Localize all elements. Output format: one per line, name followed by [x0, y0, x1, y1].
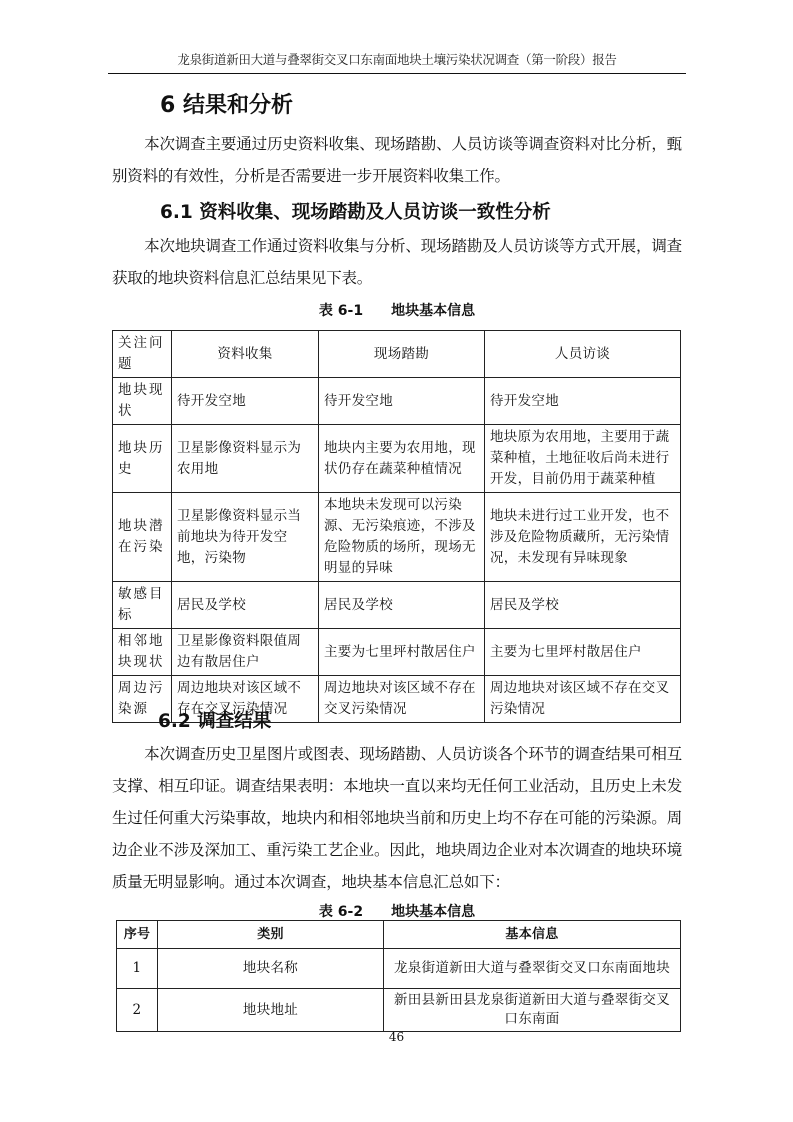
section-6-2-heading: 6.2 调查结果: [158, 707, 271, 733]
table-row: 敏感目标 居民及学校 居民及学校 居民及学校: [113, 582, 681, 629]
table-header-row: 序号 类别 基本信息: [117, 921, 681, 949]
header-rule: [108, 73, 686, 74]
section-6-heading: 6 结果和分析: [160, 88, 293, 119]
section-6-2-body: 本次调查历史卫星图片或图表、现场踏勘、人员访谈各个环节的调查结果可相互支撑、相互…: [112, 738, 682, 898]
caption-title: 地块基本信息: [391, 904, 475, 920]
row-label: 地块历史: [113, 425, 172, 493]
header-cell: 类别: [158, 921, 384, 949]
table-header-row: 关注问题 资料收集 现场踏勘 人员访谈: [113, 331, 681, 378]
table-cell: 地块未进行过工业开发，也不涉及危险物质藏所，无污染情况，未发现有异味现象: [485, 493, 681, 582]
row-index: 2: [117, 989, 158, 1032]
caption-number: 表 6-1: [319, 303, 363, 319]
table-row: 地块潜在污染 卫星影像资料显示当前地块为待开发空地，污染物 本地块未发现可以污染…: [113, 493, 681, 582]
table-cell: 待开发空地: [485, 378, 681, 425]
header-cell: 关注问题: [113, 331, 172, 378]
header-cell: 序号: [117, 921, 158, 949]
table-row: 1 地块名称 龙泉街道新田大道与叠翠街交叉口东南面地块: [117, 949, 681, 989]
table-cell: 主要为七里坪村散居住户: [485, 629, 681, 676]
section-6-2-body-text: 本次调查历史卫星图片或图表、现场踏勘、人员访谈各个环节的调查结果可相互支撑、相互…: [112, 745, 682, 891]
table-6-2: 序号 类别 基本信息 1 地块名称 龙泉街道新田大道与叠翠街交叉口东南面地块 2…: [116, 920, 681, 1032]
header-cell: 资料收集: [172, 331, 319, 378]
table-row: 2 地块地址 新田县新田县龙泉街道新田大道与叠翠街交叉口东南面: [117, 989, 681, 1032]
table-cell: 卫星影像资料显示为农用地: [172, 425, 319, 493]
section-6-1-heading: 6.1 资料收集、现场踏勘及人员访谈一致性分析: [160, 198, 551, 224]
table-6-1-caption: 表 6-1地块基本信息: [112, 300, 682, 320]
section-6-intro: 本次调查主要通过历史资料收集、现场踏勘、人员访谈等调查资料对比分析，甄别资料的有…: [112, 128, 682, 192]
running-header: 龙泉街道新田大道与叠翠街交叉口东南面地块土壤污染状况调查（第一阶段）报告: [108, 50, 686, 72]
table-cell: 新田县新田县龙泉街道新田大道与叠翠街交叉口东南面: [384, 989, 681, 1032]
table-cell: 地块名称: [158, 949, 384, 989]
row-label: 相邻地块现状: [113, 629, 172, 676]
row-index: 1: [117, 949, 158, 989]
row-label: 地块潜在污染: [113, 493, 172, 582]
table-cell: 周边地块对该区域不存在交叉污染情况: [485, 676, 681, 723]
table-cell: 地块原为农用地，主要用于蔬菜种植，土地征收后尚未进行开发，目前仍用于蔬菜种植: [485, 425, 681, 493]
header-cell: 现场踏勘: [319, 331, 485, 378]
table-cell: 卫星影像资料显示当前地块为待开发空地，污染物: [172, 493, 319, 582]
table-cell: 周边地块对该区域不存在交叉污染情况: [319, 676, 485, 723]
table-cell: 居民及学校: [172, 582, 319, 629]
table-cell: 地块内主要为农用地，现状仍存在蔬菜种植情况: [319, 425, 485, 493]
table-row: 地块历史 卫星影像资料显示为农用地 地块内主要为农用地，现状仍存在蔬菜种植情况 …: [113, 425, 681, 493]
table-cell: 地块地址: [158, 989, 384, 1032]
section-6-1-intro: 本次地块调查工作通过资料收集与分析、现场踏勘及人员访谈等方式开展，调查获取的地块…: [112, 230, 682, 294]
section-6-1-intro-text: 本次地块调查工作通过资料收集与分析、现场踏勘及人员访谈等方式开展，调查获取的地块…: [112, 237, 682, 287]
page-number: 46: [0, 1030, 793, 1044]
table-cell: 待开发空地: [172, 378, 319, 425]
section-6-intro-text: 本次调查主要通过历史资料收集、现场踏勘、人员访谈等调查资料对比分析，甄别资料的有…: [112, 135, 682, 185]
table-6-1: 关注问题 资料收集 现场踏勘 人员访谈 地块现状 待开发空地 待开发空地 待开发…: [112, 330, 681, 723]
caption-number: 表 6-2: [319, 904, 363, 920]
table-cell: 居民及学校: [485, 582, 681, 629]
table-cell: 卫星影像资料限值周边有散居住户: [172, 629, 319, 676]
row-label: 地块现状: [113, 378, 172, 425]
row-label: 敏感目标: [113, 582, 172, 629]
caption-title: 地块基本信息: [391, 303, 475, 319]
table-cell: 主要为七里坪村散居住户: [319, 629, 485, 676]
table-cell: 本地块未发现可以污染源、无污染痕迹，不涉及危险物质的场所，现场无明显的异味: [319, 493, 485, 582]
table-cell: 待开发空地: [319, 378, 485, 425]
header-cell: 人员访谈: [485, 331, 681, 378]
table-row: 地块现状 待开发空地 待开发空地 待开发空地: [113, 378, 681, 425]
header-cell: 基本信息: [384, 921, 681, 949]
table-cell: 居民及学校: [319, 582, 485, 629]
table-6-2-caption: 表 6-2地块基本信息: [112, 901, 682, 921]
table-row: 相邻地块现状 卫星影像资料限值周边有散居住户 主要为七里坪村散居住户 主要为七里…: [113, 629, 681, 676]
table-cell: 龙泉街道新田大道与叠翠街交叉口东南面地块: [384, 949, 681, 989]
